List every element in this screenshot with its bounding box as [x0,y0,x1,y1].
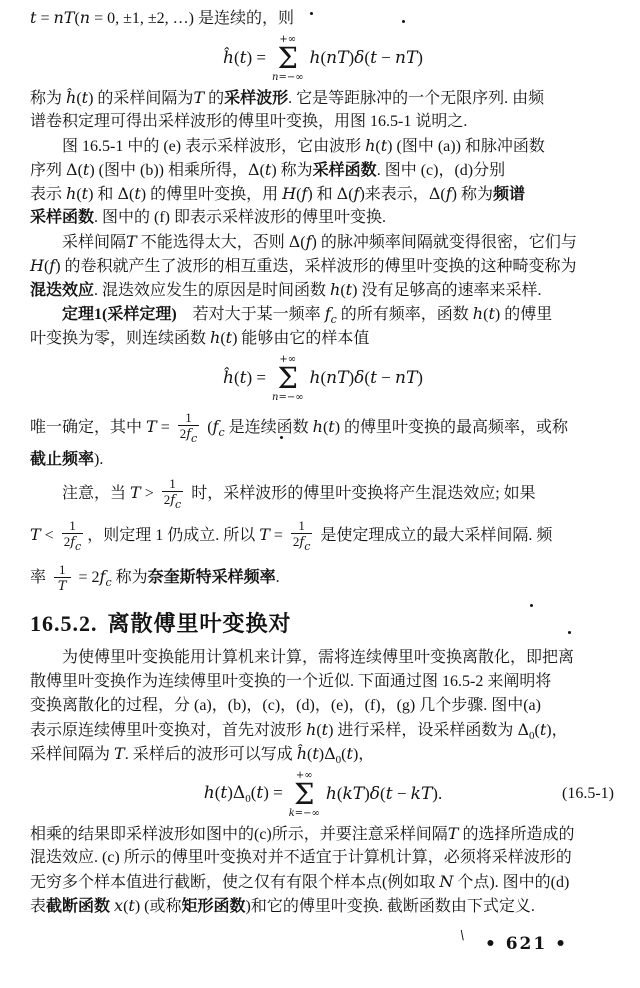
fraction-denominator: 2fc [162,492,183,512]
text-run: t [540,720,546,739]
text-run: c [218,426,224,439]
text-run: T [114,744,125,763]
scanned-book-page: t = nT(n = 0, ±1, ±2, …) 是连续的，则ĥ(t) = +∞… [0,0,640,988]
text-run: T [58,579,67,594]
text-run: t [30,8,36,27]
formula-rhs: h(kT)δ(t − kT). [326,784,442,804]
page-footer: • 621 • [0,934,568,954]
text-run: f [49,256,55,275]
text-run: t [220,783,227,803]
section-heading: 16.5.2.离散傅里叶变换对 [30,608,616,640]
sigma-glyph: Σ [278,45,299,72]
text-run: nT [395,48,417,68]
text-run: f [306,232,312,251]
text-run: t [83,160,89,179]
text-run: h [473,304,483,323]
fraction-numerator: 1 [178,410,199,426]
text-run: 采样函数 [313,162,377,179]
sigma-glyph: Σ [278,365,299,392]
text-run: c [105,576,111,589]
text-run: 采样波形 [224,90,288,107]
text-run: 截断函数 [46,898,110,915]
text-run: t [82,88,88,107]
fraction-numerator: 1 [54,562,71,578]
text-run: 频谱 [493,186,525,203]
fraction-denominator: 2fc [178,426,199,446]
text-run: h [210,328,220,347]
text-run: c [191,432,197,445]
scan-speck [280,436,283,439]
text-run: ĥ [66,88,76,107]
text-run: Δ [289,232,301,251]
text-run: 采样函数 [30,209,94,226]
text-run: h [310,368,321,388]
text-run: 0 [336,754,342,766]
text-run: h [365,136,375,155]
text-line: 率 1T = 2fc 称为奈奎斯特采样频率. [30,556,616,598]
fraction: 12fc [62,518,83,554]
text-line: 截止频率). [30,448,616,472]
text-run: Δ [66,160,78,179]
text-run: H [30,256,44,275]
text-run: δ [354,48,364,68]
text-run: n [80,8,90,27]
text-run: t [381,136,387,155]
text-run: f [301,184,307,203]
text-line: 采样间隔为 T. 采样后的波形可以写成 ĥ(t)Δ0(t)， [30,742,616,766]
text-run: f [446,184,452,203]
text-run: n [272,72,278,83]
text-run: 0 [529,730,535,742]
text-run: T [259,525,270,544]
summation-symbol: +∞Σn=−∞ [272,34,304,83]
text-run: h [66,184,76,203]
text-line: 叶变换为零，则连续函数 h(t) 能够由它的样本值 [30,326,616,350]
section-number: 16.5.2. [30,611,98,636]
text-run: T [193,88,204,107]
text-run: t [370,368,377,388]
text-run: t [488,304,494,323]
text-run: t [226,328,232,347]
text-run: 矩形函数 [182,898,246,915]
text-line: H(f) 的卷积就产生了波形的相互重迭，采样波形的傅里叶变换的这种畸变称为 [30,254,616,278]
text-run: Δ [429,184,441,203]
text-run: x [114,896,123,915]
text-line: 表示 h(t) 和 Δ(t) 的傅里叶变换，用 H(f) 和 Δ(f)来表示，Δ… [30,182,616,206]
text-run: T [448,824,459,843]
text-run: kT [342,784,364,804]
text-run: ĥ [223,48,234,68]
text-line: 混迭效应. 混迭效应发生的原因是时间函数 h(t) 没有足够高的速率来采样. [30,278,616,302]
text-line: 采样间隔T 不能选得太大，否则 Δ(f) 的脉冲频率间隔就变得很密，它们与 [30,230,616,254]
text-run: t [82,184,88,203]
text-run: N [439,872,453,891]
summation-lower-limit: k=−∞ [289,808,320,819]
formula-lhs: ĥ(t) = [223,48,266,68]
text-line: 注意，当 T > 12fc 时，采样波形的傅里叶变换将产生混迭效应; 如果 [30,472,616,514]
text-run: h [313,417,323,436]
text-run: ĥ [223,368,234,388]
fraction-numerator: 1 [291,518,312,534]
text-run: h [326,784,337,804]
fraction: 12fc [291,518,312,554]
text-run: t [265,160,271,179]
scan-speck [530,604,533,607]
text-run: T [126,232,137,251]
text-run: H [282,184,296,203]
text-run: t [134,184,140,203]
summation-symbol: +∞Σk=−∞ [289,770,320,819]
text-run: t [328,417,334,436]
text-run: nT [53,8,74,27]
text-run: c [75,540,81,553]
equation-number: (16.5-1) [562,785,614,803]
fraction: 12fc [178,410,199,446]
text-line: t = nT(n = 0, ±1, ±2, …) 是连续的，则 [30,6,616,30]
scan-speck [402,20,405,23]
text-line: 混迭效应. (c) 所示的傅里叶变换对并不适宜于计算机计算，必须将采样波形的 [30,846,616,870]
text-run: h [310,48,321,68]
formula-rhs: h(nT)δ(t − nT) [310,368,423,388]
text-run: kT [411,784,433,804]
text-run: t [312,744,318,763]
fraction-numerator: 1 [62,518,83,534]
text-line: 采样函数. 图中的 (f) 即表示采样波形的傅里叶变换. [30,206,616,230]
text-run: Δ [117,184,129,203]
text-run: k [289,808,295,819]
scan-speck [568,631,571,634]
text-line: 相乘的结果即采样波形如图中的(c)所示，并要注意采样间隔T 的选择所造成的 [30,822,616,846]
text-run: Δ [233,783,245,803]
summation-lower-limit: n=−∞ [272,72,304,83]
text-run: nT [326,48,348,68]
text-line: 散傅里叶变换作为连续傅里叶变换的一个近似. 下面通过图 16.5-2 来阐明将 [30,670,616,694]
text-run: c [331,313,337,326]
text-run: 奈奎斯特采样频率 [148,569,276,586]
text-run: 截止频率 [30,451,94,468]
text-run: h [330,280,340,299]
text-line: 图 16.5-1 中的 (e) 表示采样波形，它由波形 h(t) (图中 (a)… [30,134,616,158]
scan-speck [310,12,313,15]
text-run: t [386,784,393,804]
text-line: 序列 Δ(t) (图中 (b)) 相乘所得，Δ(t) 称为采样函数. 图中 (c… [30,158,616,182]
formula-display: ĥ(t) = +∞Σn=−∞h(nT)δ(t − nT) [30,35,616,81]
text-line: 为使傅里叶变换能用计算机来计算，需将连续傅里叶变换离散化，即把离 [30,646,616,670]
text-run: c [175,498,181,511]
text-run: t [240,48,247,68]
formula-rhs: h(nT)δ(t − nT) [310,48,423,68]
fraction-denominator: 2fc [62,534,83,554]
sigma-glyph: Σ [294,781,315,808]
text-run: c [304,540,310,553]
text-run: nT [326,368,348,388]
text-run: nT [395,368,417,388]
text-run: t [322,720,328,739]
section-title: 离散傅里叶变换对 [108,611,292,636]
text-run: h [306,720,316,739]
text-run: n [272,392,278,403]
text-run: Δ [324,744,336,763]
text-run: δ [354,368,364,388]
fraction-numerator: 1 [162,476,183,492]
page-number: • 621 • [485,934,568,954]
text-run: t [370,48,377,68]
text-line: 无穷多个样本值进行截断，使之仅有有限个样本点(例如取 N 个点). 图中的(d) [30,870,616,894]
text-run: 0 [245,793,251,805]
summation-lower-limit: n=−∞ [272,392,304,403]
summation-symbol: +∞Σn=−∞ [272,354,304,403]
formula-display: ĥ(t) = +∞Σn=−∞h(nT)δ(t − nT) [30,355,616,401]
text-run: h [204,783,215,803]
formula-display: h(t)Δ0(t) = +∞Σk=−∞h(kT)δ(t − kT).(16.5-… [30,771,616,817]
text-run: Δ [337,184,349,203]
text-line: T < 12fc，则定理 1 仍成立. 所以 T = 12fc 是使定理成立的最… [30,514,616,556]
text-run: t [128,896,134,915]
text-run: ĥ [297,744,307,763]
text-run: 混迭效应 [30,282,94,299]
text-run: T [130,483,141,502]
formula-lhs: ĥ(t) = [223,368,266,388]
fraction: 12fc [162,476,183,512]
text-line: 谱卷积定理可得出采样波形的傅里叶变换，用图 16.5-1 说明之. [30,110,616,134]
fraction-denominator: T [54,578,71,594]
text-run: δ [370,784,380,804]
text-run: t [240,368,247,388]
text-run: T [30,525,41,544]
text-line: 称为 ĥ(t) 的采样间隔为T 的采样波形. 它是等距脉冲的一个无限序列. 由频 [30,86,616,110]
text-run: 定理1(采样定理) [62,306,177,323]
text-run: t [346,280,352,299]
text-line: 变换离散化的过程，分 (a)，(b)，(c)，(d)，(e)，(f)，(g) 几… [30,694,616,718]
text-line: 表示原连续傅里叶变换对，首先对波形 h(t) 进行采样，设采样函数为 Δ0(t)… [30,718,616,742]
formula-lhs: h(t)Δ0(t) = [204,783,283,805]
text-run: Δ [517,720,529,739]
fraction: 1T [54,562,71,594]
fraction-denominator: 2fc [291,534,312,554]
text-run: Δ [248,160,260,179]
text-line: 定理1(采样定理) 若对大于某一频率 fc 的所有频率，函数 h(t) 的傅里 [30,302,616,326]
text-line: 表截断函数 x(t) (或称矩形函数)和它的傅里叶变换. 截断函数由下式定义. [30,894,616,918]
text-line: 唯一确定，其中 T = 12fc (fc 是连续函数 h(t) 的傅里叶变换的最… [30,406,616,448]
text-run: t [256,783,263,803]
text-run: t [347,744,353,763]
text-run: T [146,417,157,436]
page-content: t = nT(n = 0, ±1, ±2, …) 是连续的，则ĥ(t) = +∞… [30,6,616,918]
text-run: f [354,184,360,203]
